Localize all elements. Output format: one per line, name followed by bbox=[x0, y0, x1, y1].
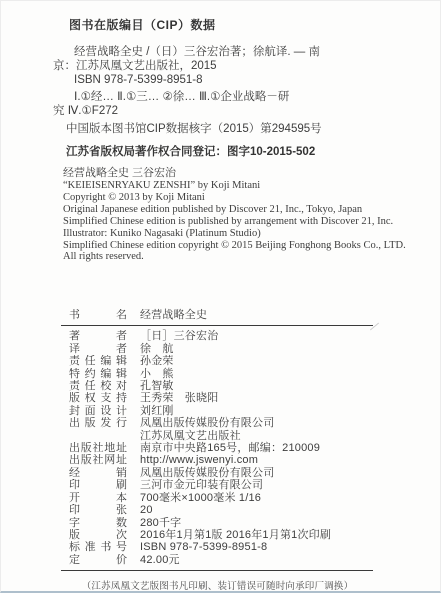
copyright-line: “KEIEISENRYAKU ZENSHI” by Koji Mitani bbox=[63, 180, 440, 192]
row-value: 徐 航 bbox=[140, 343, 373, 355]
row-value: 王秀荣 张晓阳 bbox=[140, 392, 373, 404]
table-row: 书名经营战略全史 bbox=[61, 309, 373, 321]
row-label: 著者 bbox=[69, 330, 127, 342]
row-label: 责任校对 bbox=[69, 380, 127, 392]
table-row: 出版发行凤凰出版传媒股份有限公司江苏凤凰文艺出版社 bbox=[61, 417, 373, 442]
row-value-line: 2016年1月第1版 2016年1月第1次印刷 bbox=[140, 529, 373, 541]
cip-record: 经营战略全史 /（日）三谷宏治著；徐航译. — 南京：江苏凤凰文艺出版社，201… bbox=[53, 45, 440, 87]
row-value-line: http://www.jswenyi.com bbox=[140, 454, 373, 466]
copyright-line: Original Japanese edition published by D… bbox=[63, 204, 440, 216]
info-rows-container: 著者［日］三谷宏治译者徐 航责任编辑孙金荣特约编辑小 熊责任校对孔智敏版权支持王… bbox=[61, 330, 373, 566]
table-row: 责任编辑孙金荣 bbox=[61, 355, 373, 367]
row-value: 南京市中央路165号，邮编：210009 bbox=[140, 442, 373, 454]
row-value-line: 20 bbox=[140, 504, 373, 516]
row-value-line: 小 熊 bbox=[140, 368, 373, 380]
copyright-line: Simplified Chinese edition copyright © 2… bbox=[63, 240, 440, 252]
table-row: 封面设计刘红刚 bbox=[61, 405, 373, 417]
row-value-line: ［日］三谷宏治 bbox=[140, 330, 373, 342]
cip-classification-line: 究 Ⅳ.①F272 bbox=[53, 104, 440, 118]
row-value-line: 江苏凤凰文艺出版社 bbox=[140, 430, 373, 442]
cip-heading: 图书在版编目（CIP）数据 bbox=[69, 16, 440, 33]
row-value-line: 三河市金元印装有限公司 bbox=[140, 479, 373, 491]
table-row: 出版社网址http://www.jswenyi.com bbox=[61, 454, 373, 466]
row-label: 印刷 bbox=[69, 479, 127, 491]
row-value: 孔智敏 bbox=[140, 380, 373, 392]
row-value-line: 南京市中央路165号，邮编：210009 bbox=[140, 442, 373, 454]
table-row: 经销凤凰出版传媒股份有限公司 bbox=[61, 467, 373, 479]
cip-classification: Ⅰ.①经… Ⅱ.①三… ②徐… Ⅲ.①企业战略－研究 Ⅳ.①F272 bbox=[53, 90, 440, 118]
row-value-line: ISBN 978-7-5399-8951-8 bbox=[140, 541, 373, 553]
table-row: 开本700毫米×1000毫米 1/16 bbox=[61, 492, 373, 504]
copyright-line: Copyright © 2013 by Koji Mitani bbox=[63, 192, 440, 204]
row-value-line: 42.00元 bbox=[140, 554, 373, 566]
row-label: 特约编辑 bbox=[69, 368, 127, 380]
row-label: 封面设计 bbox=[69, 405, 127, 417]
row-value: 700毫米×1000毫米 1/16 bbox=[140, 492, 373, 504]
title-row-container: 书名经营战略全史 bbox=[61, 309, 373, 321]
row-label: 经销 bbox=[69, 467, 127, 479]
row-value: 经营战略全史 bbox=[140, 309, 373, 321]
book-info-table: 书名经营战略全史 著者［日］三谷宏治译者徐 航责任编辑孙金荣特约编辑小 熊责任校… bbox=[61, 309, 373, 571]
copyright-line: Simplified Chinese edition is published … bbox=[63, 216, 440, 228]
row-value: 小 熊 bbox=[140, 368, 373, 380]
row-label: 版次 bbox=[69, 529, 127, 541]
row-label: 出版社网址 bbox=[69, 454, 127, 466]
copyright-page: 图书在版编目（CIP）数据 经营战略全史 /（日）三谷宏治著；徐航译. — 南京… bbox=[0, 0, 441, 593]
table-row: 责任校对孔智敏 bbox=[61, 380, 373, 392]
row-value: 280千字 bbox=[140, 517, 373, 529]
row-label: 版权支持 bbox=[69, 392, 127, 404]
table-row: 版次2016年1月第1版 2016年1月第1次印刷 bbox=[61, 529, 373, 541]
row-value-line: 徐 航 bbox=[140, 343, 373, 355]
row-value-line: 孙金荣 bbox=[140, 355, 373, 367]
row-label: 责任编辑 bbox=[69, 355, 127, 367]
row-value: 2016年1月第1版 2016年1月第1次印刷 bbox=[140, 529, 373, 541]
row-label: 定价 bbox=[69, 554, 127, 566]
cip-catalog-number: 中国版本图书馆CIP数据核字（2015）第294595号 bbox=[66, 122, 440, 136]
row-value: 凤凰出版传媒股份有限公司江苏凤凰文艺出版社 bbox=[140, 417, 373, 442]
row-value: ISBN 978-7-5399-8951-8 bbox=[140, 541, 373, 553]
table-row: 著者［日］三谷宏治 bbox=[61, 330, 373, 342]
row-value: http://www.jswenyi.com bbox=[140, 454, 373, 466]
row-label: 印张 bbox=[69, 504, 127, 516]
table-row: 字数280千字 bbox=[61, 517, 373, 529]
row-value: 20 bbox=[140, 504, 373, 516]
cip-record-line: 京：江苏凤凰文艺出版社，2015 bbox=[53, 59, 440, 73]
row-label: 字数 bbox=[69, 517, 127, 529]
row-label: 译者 bbox=[69, 343, 127, 355]
row-value: 三河市金元印装有限公司 bbox=[140, 479, 373, 491]
disclaimer: （江苏凤凰文艺版图书凡印刷、装订错误可随时向承印厂调换） bbox=[1, 578, 434, 592]
copyright-registration-line: 江苏省版权局著作权合同登记：图字10-2015-502 bbox=[66, 145, 440, 159]
copyright-block: 经营战略全史 三谷宏治“KEIEISENRYAKU ZENSHI” by Koj… bbox=[63, 167, 440, 263]
row-value-line: 孔智敏 bbox=[140, 380, 373, 392]
table-row: 出版社地址南京市中央路165号，邮编：210009 bbox=[61, 442, 373, 454]
row-value-line: 700毫米×1000毫米 1/16 bbox=[140, 492, 373, 504]
row-label: 开本 bbox=[69, 492, 127, 504]
row-value-line: 王秀荣 张晓阳 bbox=[140, 392, 373, 404]
copyright-title-line: 经营战略全史 三谷宏治 bbox=[63, 167, 440, 180]
row-value-line: 凤凰出版传媒股份有限公司 bbox=[140, 417, 373, 429]
table-row: 印张20 bbox=[61, 504, 373, 516]
table-row: 定价42.00元 bbox=[61, 554, 373, 566]
divider-bottom bbox=[61, 570, 373, 571]
copyright-line: All rights reserved. bbox=[63, 251, 440, 263]
row-value-line: 刘红刚 bbox=[140, 405, 373, 417]
table-row: 印刷三河市金元印装有限公司 bbox=[61, 479, 373, 491]
row-value: 42.00元 bbox=[140, 554, 373, 566]
copyright-line: Illustrator: Kuniko Nagasaki (Platinum S… bbox=[63, 228, 440, 240]
row-value: ［日］三谷宏治 bbox=[140, 330, 373, 342]
row-value: 孙金荣 bbox=[140, 355, 373, 367]
table-row: 版权支持王秀荣 张晓阳 bbox=[61, 392, 373, 404]
row-label: 标准书号 bbox=[69, 541, 127, 553]
table-row: 特约编辑小 熊 bbox=[61, 368, 373, 380]
table-row: 译者徐 航 bbox=[61, 343, 373, 355]
cip-record-line: 经营战略全史 /（日）三谷宏治著；徐航译. — 南 bbox=[53, 45, 440, 59]
cip-record-line: ISBN 978-7-5399-8951-8 bbox=[53, 73, 440, 87]
row-label: 出版发行 bbox=[69, 417, 127, 442]
row-value: 刘红刚 bbox=[140, 405, 373, 417]
row-value: 凤凰出版传媒股份有限公司 bbox=[140, 467, 373, 479]
table-row: 标准书号ISBN 978-7-5399-8951-8 bbox=[61, 541, 373, 553]
cip-classification-line: Ⅰ.①经… Ⅱ.①三… ②徐… Ⅲ.①企业战略－研 bbox=[53, 90, 440, 104]
row-value-line: 经营战略全史 bbox=[140, 309, 373, 321]
row-value-line: 280千字 bbox=[140, 517, 373, 529]
row-value-line: 凤凰出版传媒股份有限公司 bbox=[140, 467, 373, 479]
row-label: 书名 bbox=[69, 309, 127, 321]
row-label: 出版社地址 bbox=[69, 442, 127, 454]
divider-top bbox=[61, 325, 373, 326]
